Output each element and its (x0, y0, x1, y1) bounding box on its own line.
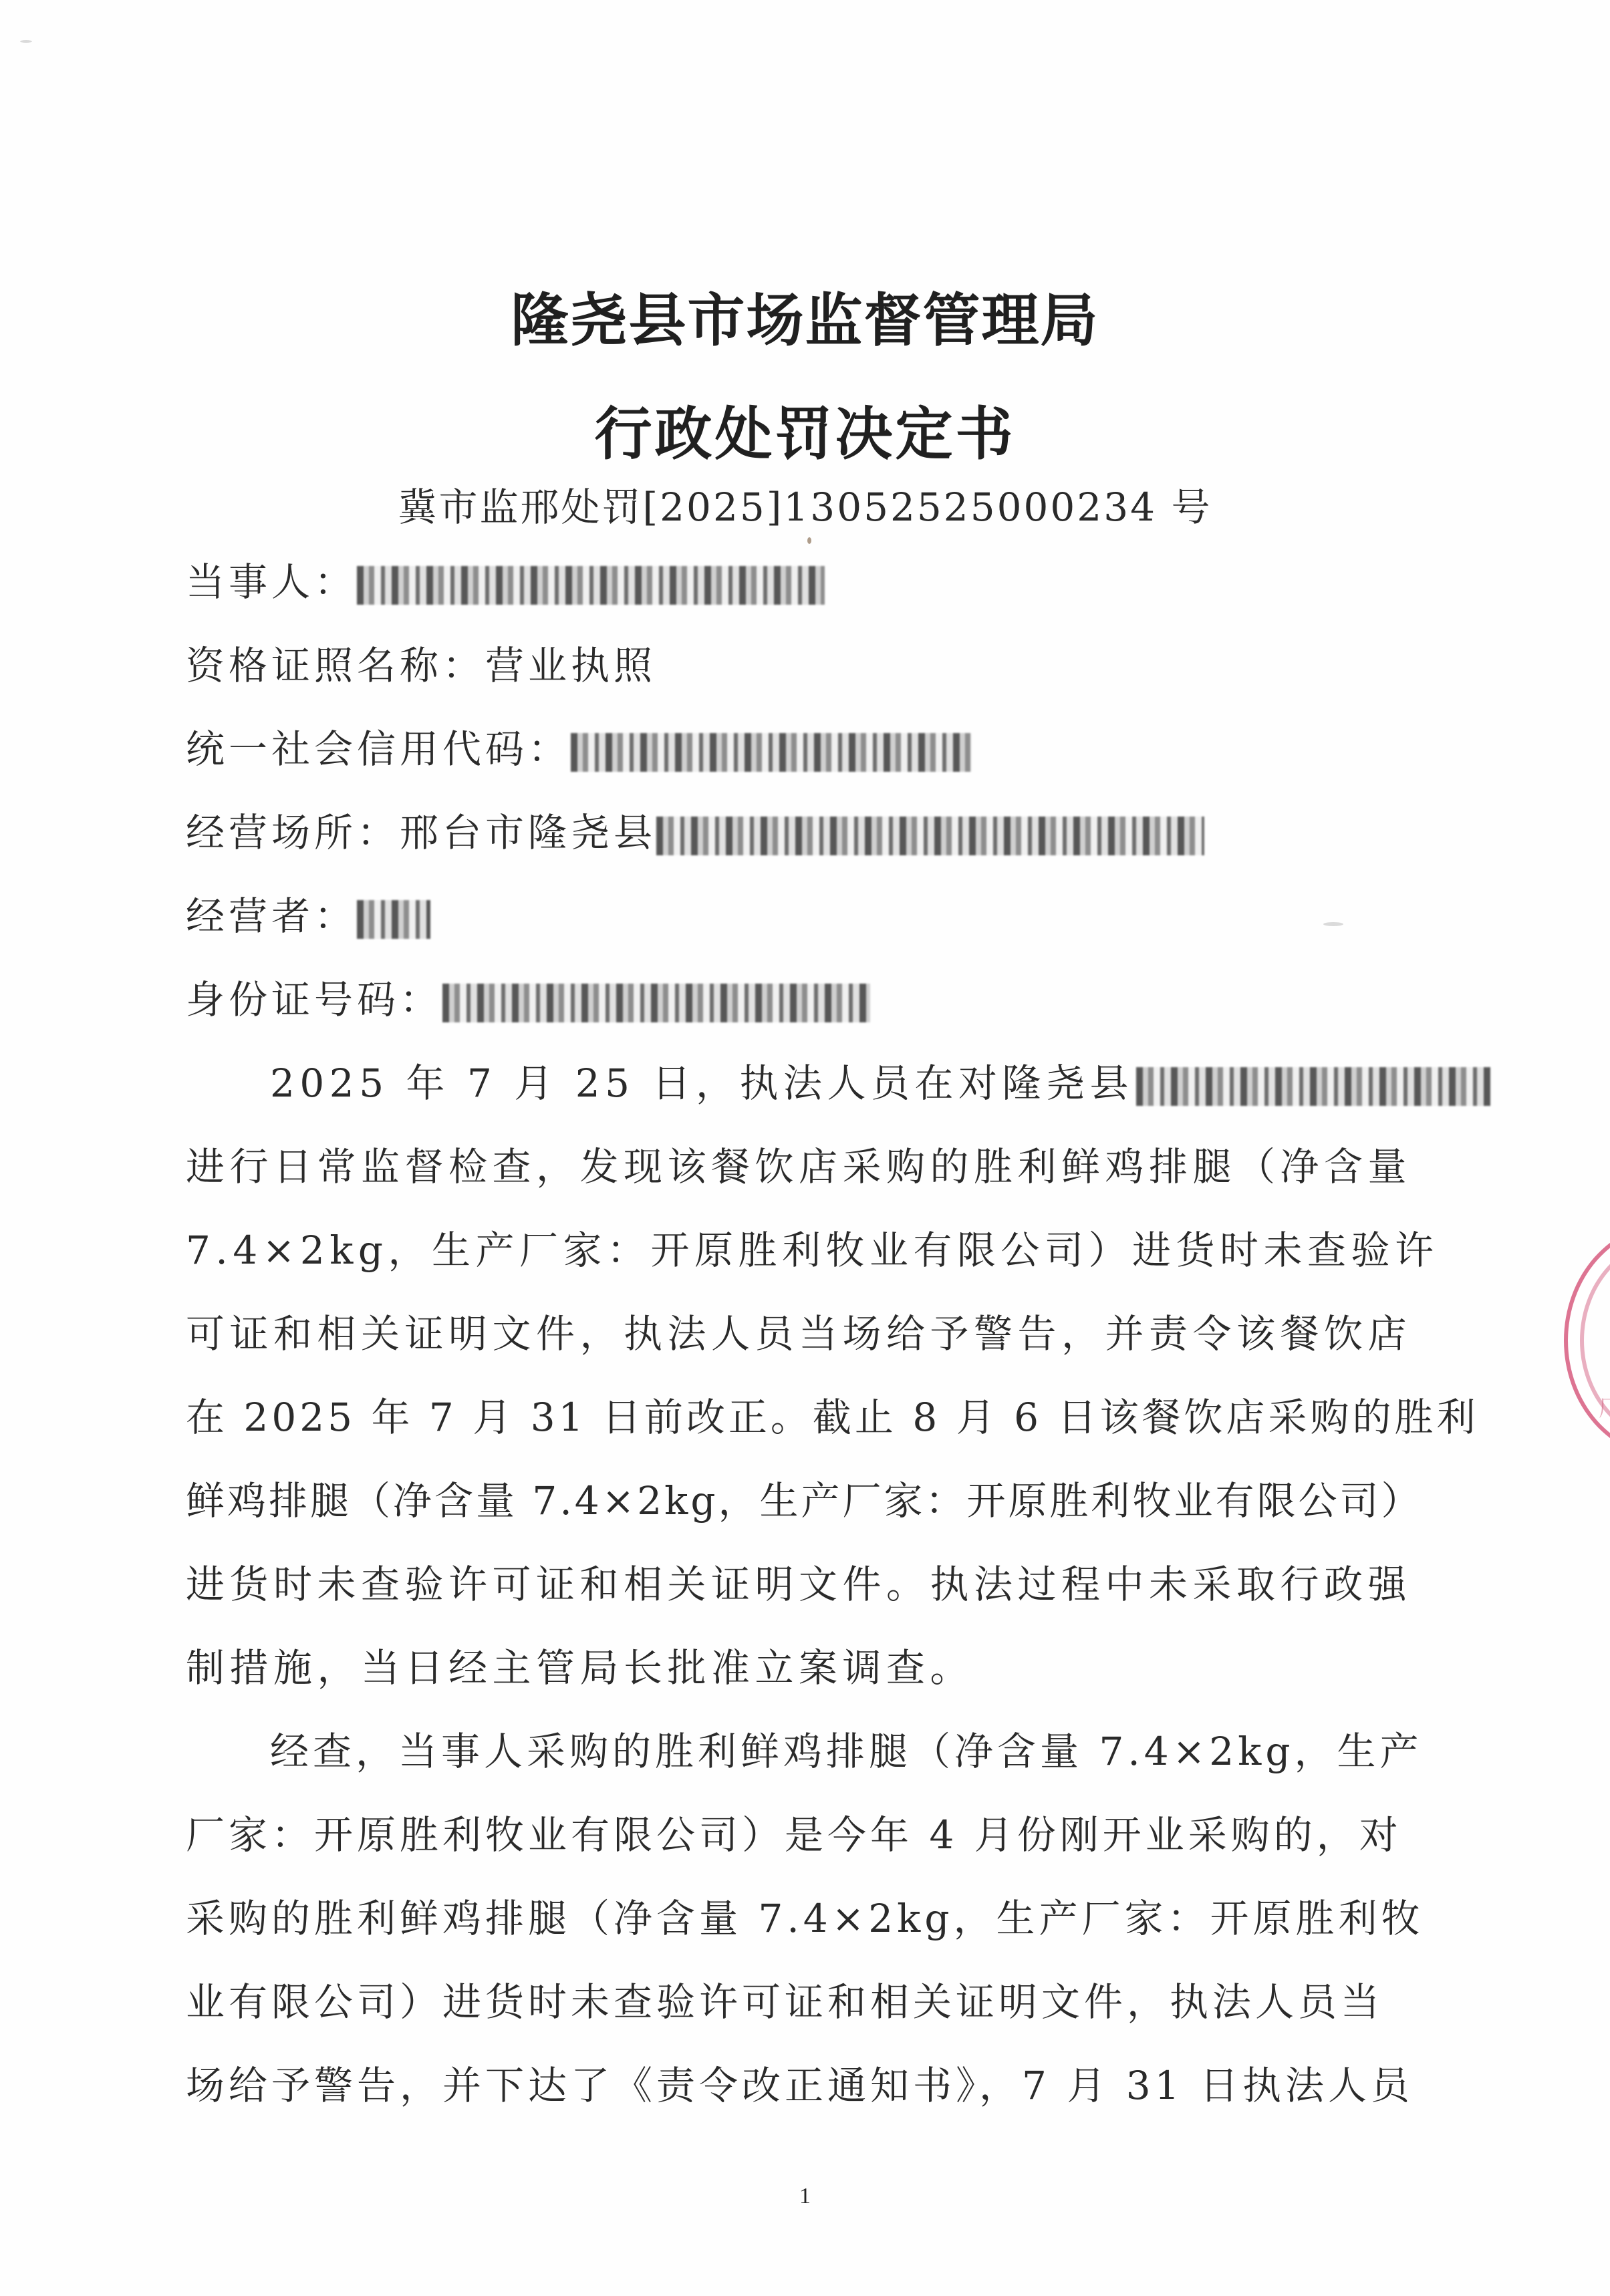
field-label: 经营场所： (186, 809, 400, 857)
field-label: 身份证号码： (186, 976, 442, 1024)
redacted-value (357, 900, 430, 939)
paragraph2-line: 采购的胜利鲜鸡排腿（净含量 7.4×2kg，生产厂家：开原胜利牧 (186, 1894, 1429, 1943)
scan-speck (1323, 922, 1343, 926)
field-label: 资格证照名称： (186, 641, 485, 690)
field-value: 邢台市隆尧县 (400, 809, 656, 857)
field-label: 经营者： (186, 892, 357, 940)
paragraph1-line: 进货时未查验许可证和相关证明文件。执法过程中未采取行政强 (186, 1560, 1429, 1608)
line-text: 2025 年 7 月 25 日，执法人员在对隆尧县 (270, 1060, 1133, 1106)
scan-speck (807, 537, 811, 544)
redacted-value (442, 984, 870, 1022)
scan-speck (20, 40, 32, 43)
document-number: 冀市监邢处罚[2025]13052525000234 号 (0, 476, 1610, 532)
paragraph1-line: 进行日常监督检查，发现该餐饮店采购的胜利鲜鸡排腿（净含量 (186, 1143, 1429, 1191)
field-label: 统一社会信用代码： (186, 725, 571, 773)
field-value: 营业执照 (485, 641, 656, 690)
paragraph2-line: 经查，当事人采购的胜利鲜鸡排腿（净含量 7.4×2kg，生产 (270, 1727, 1429, 1775)
party-field-credit-code: 统一社会信用代码： (186, 725, 972, 773)
paragraph2-line: 场给予警告，并下达了《责令改正通知书》，7 月 31 日执法人员 (186, 2061, 1429, 2110)
paragraph1-line: 可证和相关证明文件，执法人员当场给予警告，并责令该餐饮店 (186, 1310, 1429, 1358)
official-seal-glyph: 厂 (1599, 1390, 1610, 1423)
paragraph1-line: 在 2025 年 7 月 31 日前改正。截止 8 月 6 日该餐饮店采购的胜利 (186, 1393, 1429, 1441)
redacted-value (571, 733, 972, 772)
party-field-license-type: 资格证照名称：营业执照 (186, 641, 656, 690)
document-type-title: 行政处罚决定书 (0, 388, 1610, 470)
redacted-value (656, 817, 1204, 855)
party-field-business-address: 经营场所：邢台市隆尧县 (186, 809, 1204, 857)
official-seal-partial (1564, 1223, 1610, 1458)
paragraph1-line: 制措施，当日经主管局长批准立案调查。 (186, 1644, 1429, 1692)
page-number: 1 (0, 2184, 1610, 2209)
party-field-name: 当事人： (186, 558, 825, 606)
paragraph1-line: 2025 年 7 月 25 日，执法人员在对隆尧县 (270, 1059, 1429, 1107)
party-field-operator: 经营者： (186, 892, 430, 940)
redacted-value (357, 566, 825, 605)
document-page: 隆尧县市场监督管理局 行政处罚决定书 冀市监邢处罚[2025]130525250… (0, 0, 1610, 2296)
party-field-id-number: 身份证号码： (186, 976, 870, 1024)
redacted-value (1136, 1067, 1490, 1106)
paragraph1-line: 鲜鸡排腿（净含量 7.4×2kg，生产厂家：开原胜利牧业有限公司） (186, 1477, 1429, 1525)
paragraph1-line: 7.4×2kg，生产厂家：开原胜利牧业有限公司）进货时未查验许 (186, 1226, 1429, 1274)
paragraph2-line: 业有限公司）进货时未查验许可证和相关证明文件，执法人员当 (186, 1978, 1429, 2026)
field-label: 当事人： (186, 558, 357, 606)
paragraph2-line: 厂家：开原胜利牧业有限公司）是今年 4 月份刚开业采购的，对 (186, 1811, 1429, 1859)
agency-title: 隆尧县市场监督管理局 (0, 274, 1610, 357)
